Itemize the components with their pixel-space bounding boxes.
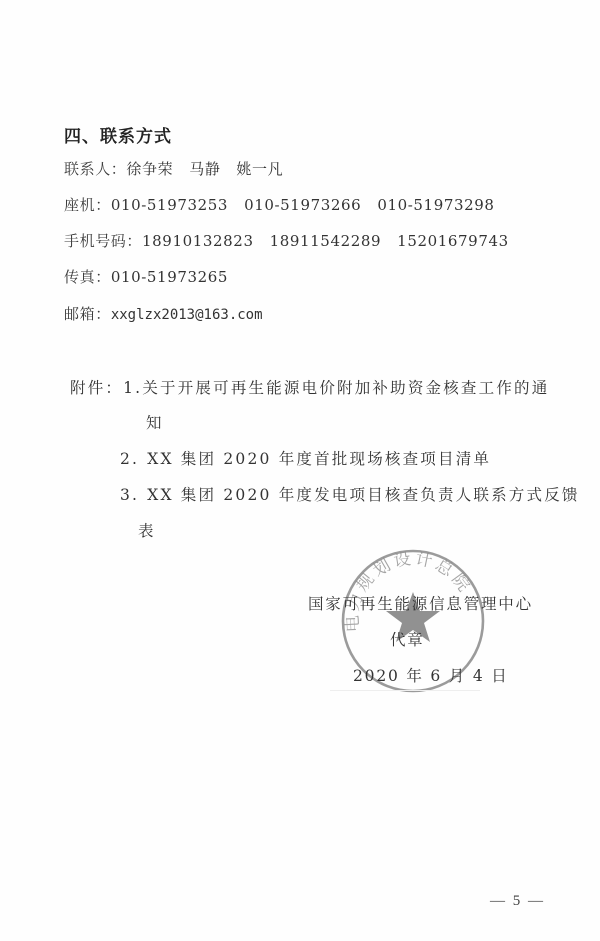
faint-rule — [330, 690, 480, 691]
attachment-title-continued: 表 — [138, 522, 156, 540]
signature-note: 代章 — [390, 628, 425, 650]
attachment-item-3-continued: 表 — [138, 519, 156, 541]
svg-text:电力规划设计总院: 电力规划设计总院 — [343, 549, 476, 633]
attachment-item-3: 3.XX 集团 2020 年度发电项目核查负责人联系方式反馈 — [120, 483, 580, 505]
attachment-item-1: 附件：1.关于开展可再生能源电价附加补助资金核查工作的通 — [70, 376, 549, 398]
contact-person: 姚一凡 — [236, 160, 283, 178]
landline-number: 010-51973298 — [377, 196, 494, 214]
landline-row: 座机：010-51973253010-51973266010-51973298 — [64, 194, 495, 215]
email-label: 邮箱： — [64, 305, 111, 323]
attachment-number: 1. — [123, 379, 142, 397]
landline-label: 座机： — [64, 196, 111, 214]
mobile-number: 15201679743 — [397, 232, 509, 250]
mobile-label: 手机号码： — [64, 232, 142, 250]
page-number: — 5 — — [490, 893, 545, 910]
attachment-item-2: 2.XX 集团 2020 年度首批现场核查项目清单 — [120, 447, 491, 469]
mobile-number: 18911542289 — [270, 232, 382, 250]
mobile-row: 手机号码：189101328231891154228915201679743 — [64, 230, 509, 251]
attachment-item-1-continued: 知 — [146, 411, 164, 433]
contact-people-row: 联系人：徐争荣马静姚一凡 — [64, 158, 283, 179]
fax-label: 传真： — [64, 268, 111, 286]
signing-organization: 国家可再生能源信息管理中心 — [308, 592, 533, 614]
seal-arc-text: 电力规划设计总院 — [343, 549, 476, 633]
attachment-title: 关于开展可再生能源电价附加补助资金核查工作的通 — [142, 379, 549, 397]
contact-people-label: 联系人： — [64, 160, 126, 178]
fax-number: 010-51973265 — [111, 268, 228, 286]
attachment-title-continued: 知 — [146, 414, 164, 432]
mobile-number: 18910132823 — [142, 232, 254, 250]
email-row: 邮箱：xxglzx2013@163.com — [64, 303, 263, 324]
attachments-label: 附件： — [70, 379, 123, 397]
attachment-number: 2. — [120, 450, 139, 468]
attachment-number: 3. — [120, 486, 139, 504]
section-heading: 四、联系方式 — [64, 122, 172, 147]
landline-number: 010-51973266 — [244, 196, 361, 214]
email-address: xxglzx2013@163.com — [111, 307, 263, 323]
fax-row: 传真：010-51973265 — [64, 266, 228, 287]
contact-person: 徐争荣 — [126, 160, 173, 178]
landline-number: 010-51973253 — [111, 196, 228, 214]
attachment-title: XX 集团 2020 年度首批现场核查项目清单 — [147, 450, 491, 468]
document-page: 四、联系方式 联系人：徐争荣马静姚一凡 座机：010-51973253010-5… — [0, 0, 600, 941]
attachment-title: XX 集团 2020 年度发电项目核查负责人联系方式反馈 — [147, 486, 579, 504]
contact-person: 马静 — [189, 160, 220, 178]
signature-date: 2020 年 6 月 4 日 — [353, 664, 509, 686]
